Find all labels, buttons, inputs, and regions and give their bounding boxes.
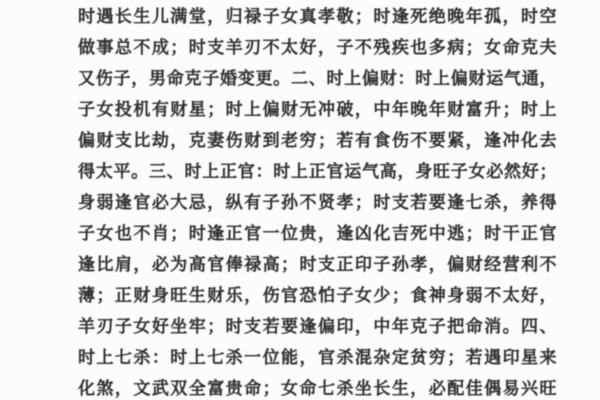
text-line: 身弱逢官必大忌，纵有子孙不贤孝；时支若要逢七杀，养得 bbox=[78, 188, 557, 219]
text-line: 逢比肩，必为高官俸禄高；时支正印子孙孝，偏财经营利不 bbox=[78, 250, 557, 281]
text-line: 薄；正财身旺生财乐，伤官恐怕子女少；食神身弱不太好， bbox=[78, 281, 557, 312]
text-line: 子女投机有财星；时上偏财无冲破，中年晚年财富升；时上 bbox=[78, 95, 557, 126]
text-line: 时上七杀：时上七杀一位能，官杀混杂定贫穷；若遇印星来 bbox=[78, 343, 557, 374]
text-block: 时遇长生儿满堂，归禄子女真孝敬；时逢死绝晚年孤，时空 做事总不成；时支羊刃不太好… bbox=[78, 2, 557, 400]
text-line-clipped: 化煞，文武双全富贵命；女命七杀坐长生，必配佳偶易兴旺 bbox=[78, 374, 557, 400]
text-line: 羊刃子女好坐牢；时支若要逢偏印，中年克子把命消。四、 bbox=[78, 312, 557, 343]
text-line: 时遇长生儿满堂，归禄子女真孝敬；时逢死绝晚年孤，时空 bbox=[78, 2, 557, 33]
document-page: 时遇长生儿满堂，归禄子女真孝敬；时逢死绝晚年孤，时空 做事总不成；时支羊刃不太好… bbox=[0, 0, 600, 400]
text-line: 子女也不肖；时逢正官一位贵，逢凶化吉死中逃；时干正官 bbox=[78, 219, 557, 250]
text-line: 做事总不成；时支羊刃不太好，子不残疾也多病；女命克夫 bbox=[78, 33, 557, 64]
text-line: 偏财支比劫，克妻伤财到老穷；若有食伤不要紧，逢冲化去 bbox=[78, 126, 557, 157]
text-line: 得太平。三、时上正官：时上正官运气高，身旺子女必然好； bbox=[78, 157, 557, 188]
text-line: 又伤子，男命克子婚变更。二、时上偏财：时上偏财运气通， bbox=[78, 64, 557, 95]
